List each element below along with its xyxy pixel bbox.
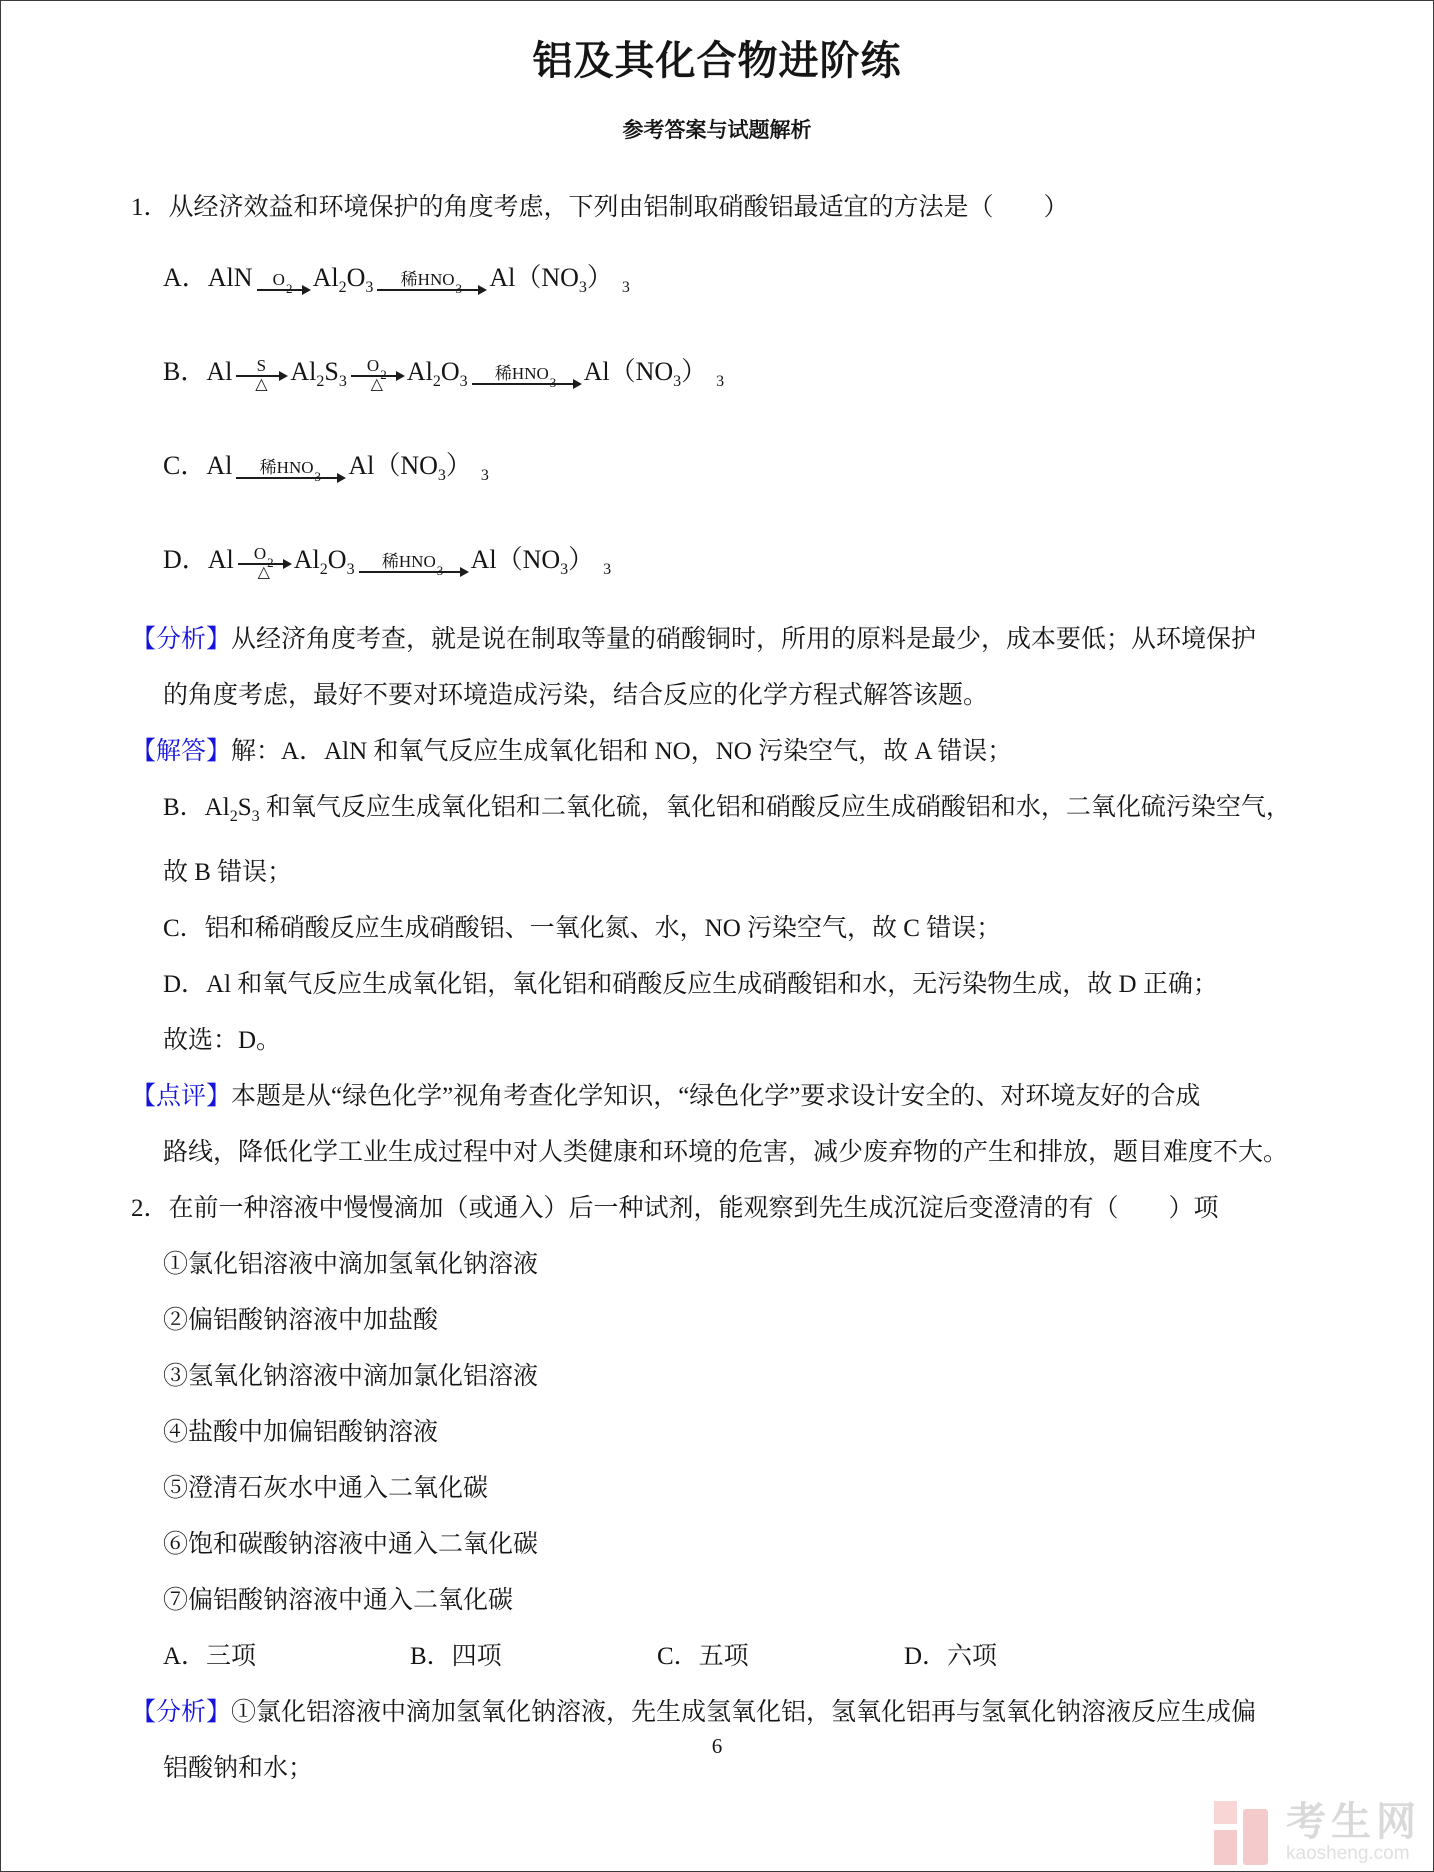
subscript: 3: [673, 373, 681, 390]
arrow-shaft: [238, 563, 290, 565]
text-run: 故 B 错误；: [163, 859, 292, 886]
text-run: A．AlN: [163, 263, 253, 292]
reaction-arrow: 稀HNO3: [359, 552, 467, 573]
arrow-shaft: [257, 289, 309, 291]
arrow-shaft: [359, 571, 467, 573]
section-label: 【分析】: [131, 1699, 231, 1726]
watermark-brand: 考生网: [1286, 1802, 1421, 1842]
arrow-condition-label: 稀HNO3: [382, 552, 443, 571]
subscript: 3: [622, 279, 630, 296]
subscript: 2: [433, 373, 441, 390]
document-lines: 1．从经济效益和环境保护的角度考虑，下列由铝制取硝酸铝最适宜的方法是（ ）A．A…: [1, 180, 1433, 1797]
text-run: B．四项: [410, 1629, 657, 1685]
q1-option-a: A．AlNO2Al2O3稀HNO3Al（NO3）3: [1, 236, 1433, 330]
reaction-arrow: S△: [236, 356, 286, 393]
text-run: Al: [313, 263, 339, 292]
subscript: 3: [560, 561, 568, 578]
page-number: 6: [1, 1734, 1433, 1759]
q1-answer-a: 【解答】解：A．AlN 和氧气反应生成氧化铝和 NO，NO 污染空气，故 A 错…: [1, 724, 1433, 780]
text-run: ④盐酸中加偏铝酸钠溶液: [163, 1419, 438, 1446]
arrow-condition-text: 稀HNO: [401, 270, 455, 289]
arrow-condition-text: O: [254, 544, 266, 563]
document-subtitle: 参考答案与试题解析: [1, 114, 1433, 144]
q1-comment-2: 路线，降低化学工业生成过程中对人类健康和环境的危害，减少废弃物的产生和排放，题目…: [1, 1125, 1433, 1181]
arrow-condition-label: 稀HNO3: [495, 364, 556, 383]
arrow-heat-symbol: △: [255, 376, 267, 393]
q2-item-6: ⑥饱和碳酸钠溶液中通入二氧化碳: [1, 1517, 1433, 1573]
q1-analysis-2: 的角度考虑，最好不要对环境造成污染，结合反应的化学方程式解答该题。: [1, 668, 1433, 724]
arrow-shaft: [236, 375, 286, 377]
watermark-domain: kaosheng.com: [1286, 1844, 1421, 1863]
q2-stem: 2．在前一种溶液中慢慢滴加（或通入）后一种试剂，能观察到先生成沉淀后变澄清的有（…: [1, 1181, 1433, 1237]
subscript: 2: [339, 279, 347, 296]
text-run: 路线，降低化学工业生成过程中对人类健康和环境的危害，减少废弃物的产生和排放，题目…: [163, 1139, 1288, 1166]
text-run: 本题是从“绿色化学”视角考查化学知识，“绿色化学”要求设计安全的、对环境友好的合…: [231, 1083, 1200, 1110]
arrow-condition-text: 稀HNO: [382, 552, 436, 571]
q2-item-3: ③氢氧化钠溶液中滴加氯化铝溶液: [1, 1349, 1433, 1405]
reaction-arrow: 稀HNO3: [377, 270, 485, 291]
subscript: 3: [438, 467, 446, 484]
arrow-shaft: [351, 375, 403, 377]
text-run: Al（NO: [471, 545, 561, 574]
text-run: 从经济角度考查，就是说在制取等量的硝酸铜时，所用的原料是最少，成本要低；从环境保…: [231, 626, 1256, 653]
subscript: 3: [579, 279, 587, 296]
text-run: C．Al: [163, 451, 232, 480]
text-run: O: [328, 545, 347, 574]
text-run: ）: [587, 263, 613, 292]
q1-option-c: C．Al稀HNO3Al（NO3）3: [1, 424, 1433, 518]
text-run: 2．在前一种溶液中慢慢滴加（或通入）后一种试剂，能观察到先生成沉淀后变澄清的有（…: [131, 1195, 1219, 1222]
q1-stem: 1．从经济效益和环境保护的角度考虑，下列由铝制取硝酸铝最适宜的方法是（ ）: [1, 180, 1433, 236]
subscript: 3: [716, 373, 724, 390]
arrow-condition-label: O2: [273, 270, 293, 289]
text-run: Al: [294, 545, 320, 574]
arrow-condition-text: O: [273, 270, 285, 289]
arrow-condition-label: 稀HNO3: [260, 458, 321, 477]
watermark: 考生网 kaosheng.com: [1214, 1799, 1421, 1865]
watermark-text: 考生网 kaosheng.com: [1286, 1802, 1421, 1863]
reaction-arrow: 稀HNO3: [472, 364, 580, 385]
text-run: Al（NO: [584, 357, 674, 386]
text-run: 故选：D。: [163, 1027, 281, 1054]
reaction-arrow: 稀HNO3: [236, 458, 344, 479]
q1-answer-c: C．铝和稀硝酸反应生成硝酸铝、一氧化氮、水，NO 污染空气，故 C 错误；: [1, 901, 1433, 957]
arrow-condition-text: 稀HNO: [495, 364, 549, 383]
text-run: B．Al: [163, 357, 232, 386]
text-run: ）: [568, 545, 594, 574]
text-run: ）: [681, 357, 707, 386]
q2-item-7: ⑦偏铝酸钠溶液中通入二氧化碳: [1, 1573, 1433, 1629]
subscript: 3: [347, 561, 355, 578]
q2-analysis-1: 【分析】①氯化铝溶液中滴加氢氧化钠溶液，先生成氢氧化铝，氢氧化铝再与氢氧化钠溶液…: [1, 1685, 1433, 1741]
q2-options: A．三项B．四项C．五项D．六项: [1, 1629, 1433, 1685]
text-run: Al（NO: [489, 263, 579, 292]
text-run: D．六项: [904, 1643, 997, 1670]
q1-analysis-1: 【分析】从经济角度考查，就是说在制取等量的硝酸铜时，所用的原料是最少，成本要低；…: [1, 612, 1433, 668]
arrow-condition-label: O2: [254, 544, 274, 563]
arrow-condition-label: 稀HNO3: [401, 270, 462, 289]
section-label: 【点评】: [131, 1083, 231, 1110]
text-run: ①氯化铝溶液中滴加氢氧化钠溶液: [163, 1251, 538, 1278]
text-run: D．Al 和氧气反应生成氧化铝，氧化铝和硝酸反应生成硝酸铝和水，无污染物生成，故…: [163, 971, 1218, 998]
text-run: ②偏铝酸钠溶液中加盐酸: [163, 1307, 438, 1334]
section-label: 【分析】: [131, 626, 231, 653]
text-run: 铝酸钠和水；: [163, 1755, 313, 1782]
text-run: C．铝和稀硝酸反应生成硝酸铝、一氧化氮、水，NO 污染空气，故 C 错误；: [163, 915, 1001, 942]
subscript: 3: [460, 373, 468, 390]
arrow-shaft: [236, 477, 344, 479]
text-run: D．Al: [163, 545, 234, 574]
subscript: 3: [252, 808, 260, 825]
text-run: ）: [446, 451, 472, 480]
q1-answer-b1: B．Al2S3 和氧气反应生成氧化铝和二氧化硫，氧化铝和硝酸反应生成硝酸铝和水，…: [1, 780, 1433, 845]
arrow-shaft: [472, 383, 580, 385]
text-run: ⑥饱和碳酸钠溶液中通入二氧化碳: [163, 1531, 538, 1558]
q1-option-b: B．AlS△Al2S3O2△Al2O3稀HNO3Al（NO3）3: [1, 330, 1433, 424]
arrow-shaft: [377, 289, 485, 291]
q1-comment-1: 【点评】本题是从“绿色化学”视角考查化学知识，“绿色化学”要求设计安全的、对环境…: [1, 1069, 1433, 1125]
q1-answer-b2: 故 B 错误；: [1, 845, 1433, 901]
q2-item-1: ①氯化铝溶液中滴加氢氧化钠溶液: [1, 1237, 1433, 1293]
q2-item-4: ④盐酸中加偏铝酸钠溶液: [1, 1405, 1433, 1461]
arrow-condition-label: S: [257, 356, 266, 375]
arrow-condition-text: S: [257, 356, 266, 375]
arrow-condition-text: O: [367, 356, 379, 375]
text-run: Al: [290, 357, 316, 386]
arrow-condition-text: 稀HNO: [260, 458, 314, 477]
subscript: 3: [365, 279, 373, 296]
text-run: A．三项: [163, 1629, 410, 1685]
text-run: ③氢氧化钠溶液中滴加氯化铝溶液: [163, 1363, 538, 1390]
arrow-condition-label: O2: [367, 356, 387, 375]
q1-answer-d: D．Al 和氧气反应生成氧化铝，氧化铝和硝酸反应生成硝酸铝和水，无污染物生成，故…: [1, 957, 1433, 1013]
text-run: S: [324, 357, 338, 386]
text-run: S: [238, 794, 252, 821]
q2-item-2: ②偏铝酸钠溶液中加盐酸: [1, 1293, 1433, 1349]
text-run: 1．从经济效益和环境保护的角度考虑，下列由铝制取硝酸铝最适宜的方法是（ ）: [131, 194, 1069, 221]
q2-item-5: ⑤澄清石灰水中通入二氧化碳: [1, 1461, 1433, 1517]
section-label: 【解答】: [131, 738, 231, 765]
text-run: B．Al: [163, 794, 230, 821]
reaction-arrow: O2△: [238, 544, 290, 581]
document-page: 铝及其化合物进阶练 参考答案与试题解析 1．从经济效益和环境保护的角度考虑，下列…: [0, 0, 1434, 1872]
document-title: 铝及其化合物进阶练: [1, 1, 1433, 86]
text-run: O: [441, 357, 460, 386]
subscript: 3: [481, 467, 489, 484]
text-run: ①氯化铝溶液中滴加氢氧化钠溶液，先生成氢氧化铝，氢氧化铝再与氢氧化钠溶液反应生成…: [231, 1699, 1256, 1726]
reaction-arrow: O2: [257, 270, 309, 291]
subscript: 3: [603, 561, 611, 578]
subscript: 2: [320, 561, 328, 578]
q1-option-d: D．AlO2△Al2O3稀HNO3Al（NO3）3: [1, 518, 1433, 612]
text-run: ⑤澄清石灰水中通入二氧化碳: [163, 1475, 488, 1502]
subscript: 2: [230, 808, 238, 825]
q1-answer-choice: 故选：D。: [1, 1013, 1433, 1069]
text-run: 解：A．AlN 和氧气反应生成氧化铝和 NO，NO 污染空气，故 A 错误；: [231, 738, 1012, 765]
subscript: 3: [339, 373, 347, 390]
text-run: ⑦偏铝酸钠溶液中通入二氧化碳: [163, 1587, 513, 1614]
text-run: 和氧气反应生成氧化铝和二氧化硫，氧化铝和硝酸反应生成硝酸铝和水，二氧化硫污染空气…: [260, 794, 1291, 821]
kaosheng-logo-icon: [1214, 1799, 1274, 1865]
reaction-arrow: O2△: [351, 356, 403, 393]
text-run: O: [347, 263, 366, 292]
text-run: Al（NO: [348, 451, 438, 480]
text-run: C．五项: [657, 1629, 904, 1685]
text-run: Al: [407, 357, 433, 386]
text-run: 的角度考虑，最好不要对环境造成污染，结合反应的化学方程式解答该题。: [163, 682, 988, 709]
